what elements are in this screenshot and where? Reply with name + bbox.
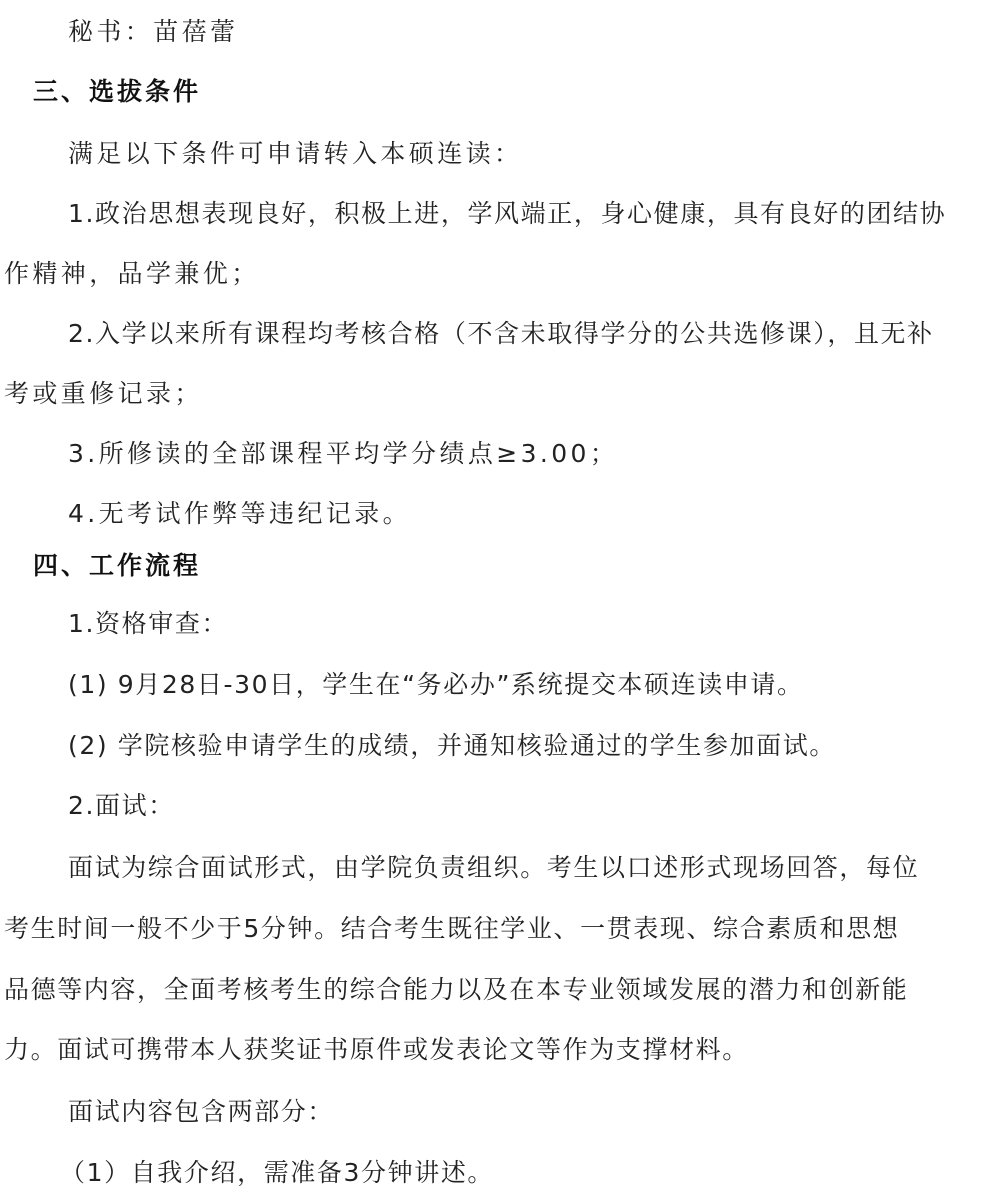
step-1-title: 1.资格审查： xyxy=(68,609,228,639)
step-1-substep-1: (1) 9月28日-30日，学生在“务必办”系统提交本硕连读申请。 xyxy=(68,670,804,700)
secretary-line: 秘书：苗蓓蕾 xyxy=(68,17,238,47)
criteria-item-3: 3.所修读的全部课程平均学分绩点≥3.00； xyxy=(68,439,618,469)
criteria-intro: 满足以下条件可申请转入本硕连读： xyxy=(68,139,522,169)
section-heading-selection-criteria: 三、选拔条件 xyxy=(33,77,201,107)
interview-part-1: （1）自我介绍，需准备3分钟讲述。 xyxy=(60,1158,494,1188)
criteria-item-1-line-1: 1.政治思想表现良好，积极上进，学风端正，身心健康，具有良好的团结协 xyxy=(68,199,946,229)
document-page: 秘书：苗蓓蕾 三、选拔条件 满足以下条件可申请转入本硕连读： 1.政治思想表现良… xyxy=(0,0,1008,1200)
interview-paragraph-line-2: 考生时间一般不少于5分钟。结合考生既往学业、一贯表现、综合素质和思想 xyxy=(4,914,899,944)
interview-paragraph-line-1: 面试为综合面试形式，由学院负责组织。考生以口述形式现场回答，每位 xyxy=(68,853,919,883)
criteria-item-2-line-1: 2.入学以来所有课程均考核合格（不含未取得学分的公共选修课），且无补 xyxy=(68,319,934,349)
interview-paragraph-line-4: 力。面试可携带本人获奖证书原件或发表论文等作为支撑材料。 xyxy=(4,1035,749,1065)
step-1-substep-2: (2) 学院核验申请学生的成绩，并通知核验通过的学生参加面试。 xyxy=(68,731,836,761)
interview-parts-intro: 面试内容包含两部分： xyxy=(68,1097,334,1127)
interview-paragraph-line-3: 品德等内容，全面考核考生的综合能力以及在本专业领域发展的潜力和创新能 xyxy=(4,975,908,1005)
section-heading-workflow: 四、工作流程 xyxy=(33,551,201,581)
criteria-item-2-line-2: 考或重修记录； xyxy=(4,379,203,409)
criteria-item-1-line-2: 作精神，品学兼优； xyxy=(4,259,260,289)
criteria-item-4: 4.无考试作弊等违纪记录。 xyxy=(68,499,411,529)
step-2-title: 2.面试： xyxy=(68,791,175,821)
